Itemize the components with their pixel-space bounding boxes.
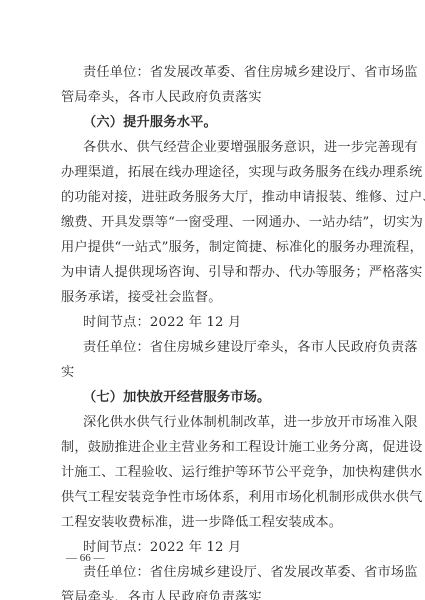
paragraph-line: 深化供水供气行业体制机制改革，进一步放开市场准入限 (83, 413, 377, 433)
deadline-line: 时间节点：2022 年 12 月 (83, 538, 241, 558)
paragraph-line: 计施工、工程验收、运行维护等环节公平竞争，加快构建供水 (61, 463, 377, 483)
paragraph-line: 缴费、开具发票等“一窗受理、一网通办、一站办结”，切实为 (61, 213, 377, 233)
responsibility-line: 责任单位：省住房城乡建设厅、省发展改革委、省市场监 (83, 563, 377, 583)
paragraph-line: 为申请人提供现场咨询、引导和帮办、代办等服务；严格落实 (61, 263, 377, 283)
section-heading-7: （七）加快放开经营服务市场。 (83, 388, 270, 408)
section-heading-6: （六）提升服务水平。 (83, 113, 217, 133)
deadline-line: 时间节点：2022 年 12 月 (83, 313, 241, 333)
paragraph-line: 服务承诺，接受社会监督。 (61, 288, 222, 308)
paragraph-line: 各供水、供气经营企业要增强服务意识，进一步完善现有 (83, 138, 377, 158)
paragraph-line: 制，鼓励推进企业主营业务和工程设计施工业务分离，促进设 (61, 438, 377, 458)
paragraph-line: 供气工程安装竞争性市场体系，利用市场化机制形成供水供气 (61, 488, 377, 508)
page-number: — 66 — (66, 552, 105, 564)
paragraph-line: 的功能对接，进驻政务服务大厅，推动申请报装、维修、过户、 (61, 188, 377, 208)
responsibility-line-cont: 管局牵头，各市人民政府负责落实 (61, 588, 262, 600)
responsibility-line-cont: 管局牵头，各市人民政府负责落实 (61, 88, 262, 108)
paragraph-line: 工程安装收费标准，进一步降低工程安装成本。 (61, 513, 342, 533)
paragraph-line: 用户提供“一站式”服务，制定简捷、标准化的服务办理流程， (61, 238, 377, 258)
responsibility-line-cont: 实 (61, 363, 74, 383)
responsibility-line: 责任单位：省发展改革委、省住房城乡建设厅、省市场监 (83, 63, 377, 83)
responsibility-line: 责任单位：省住房城乡建设厅牵头，各市人民政府负责落 (83, 338, 377, 358)
paragraph-line: 办理渠道，拓展在线办理途径，实现与政务服务在线办理系统 (61, 163, 377, 183)
